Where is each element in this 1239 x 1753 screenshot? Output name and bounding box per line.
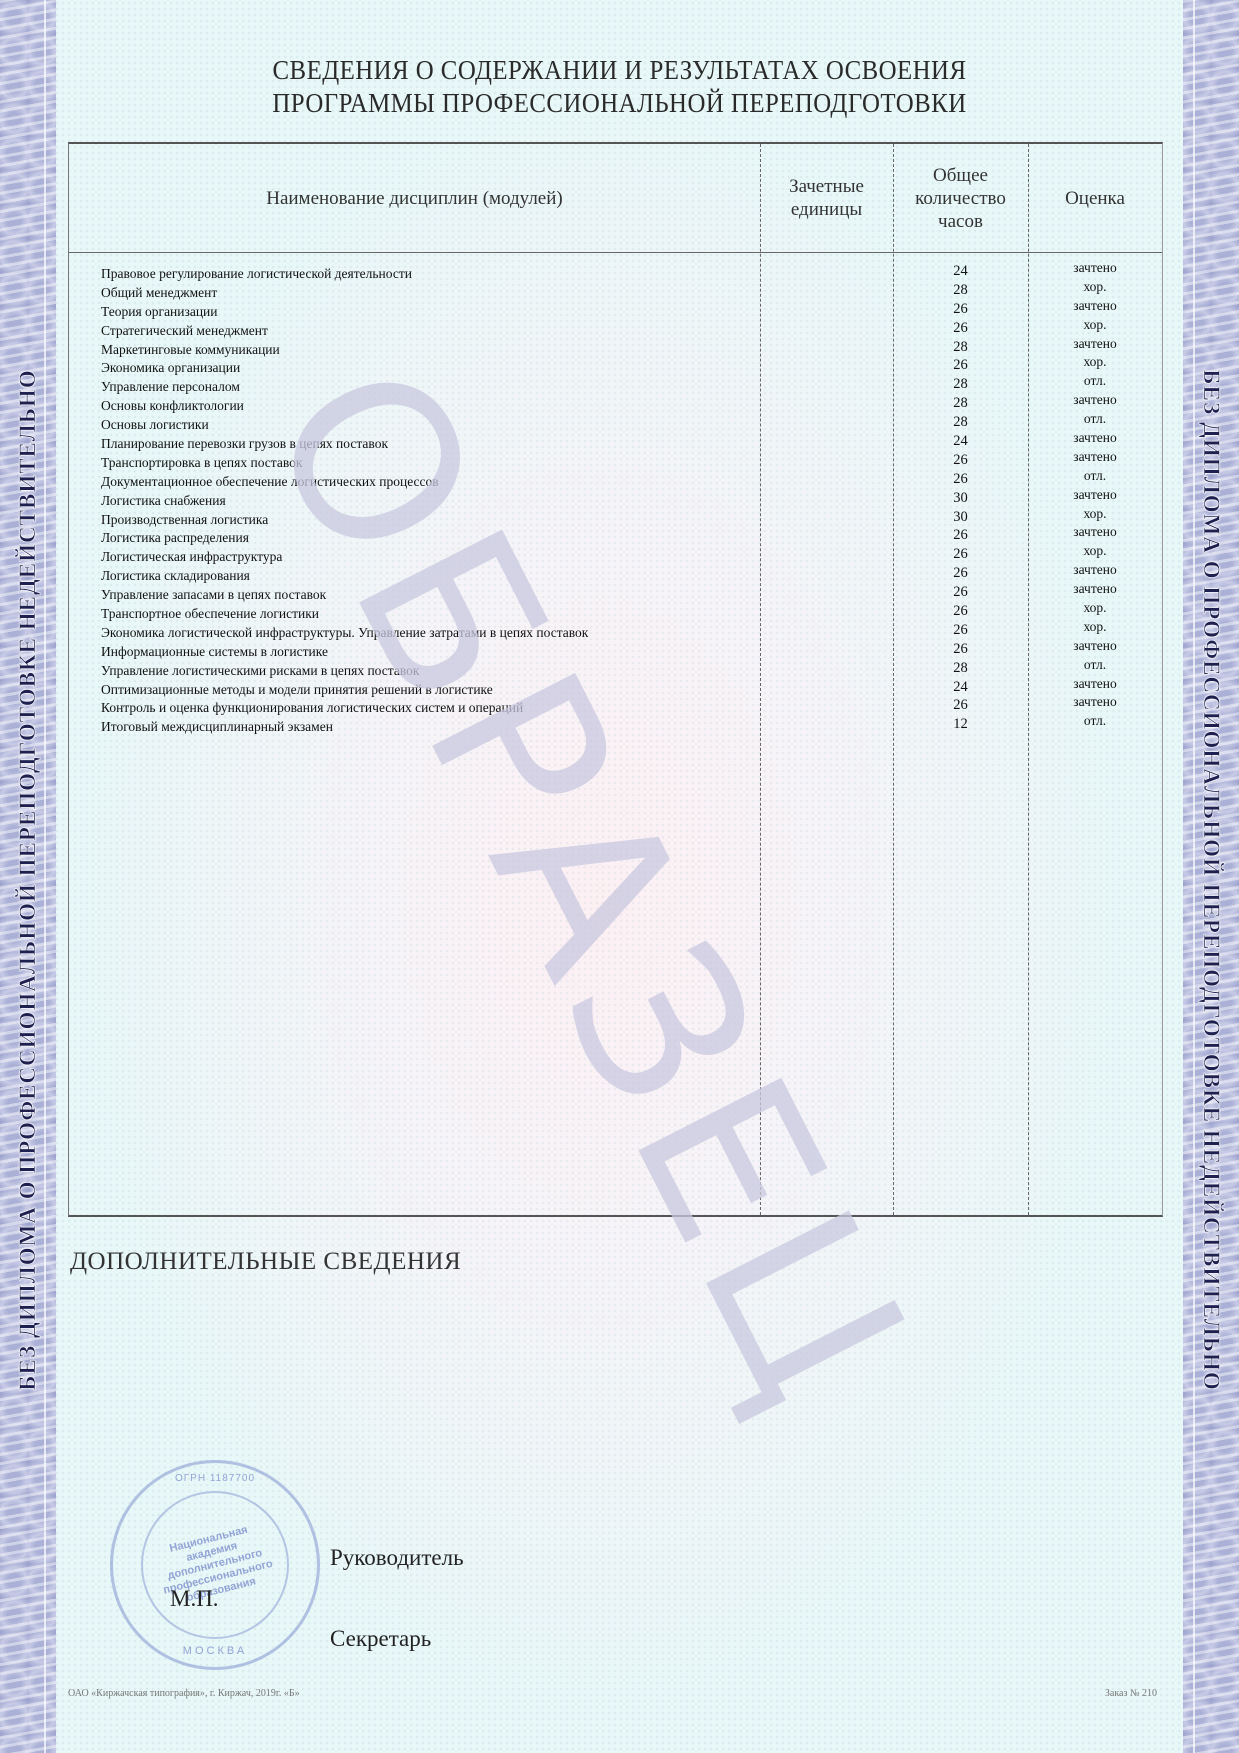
- table-row: Теория организации26зачтено: [69, 300, 1162, 319]
- header-credits-line: единицы: [789, 198, 864, 221]
- left-border-text: БЕЗ ДИПЛОМА О ПРОФЕССИОНАЛЬНОЙ ПЕРЕПОДГО…: [15, 369, 41, 1390]
- document-title: СВЕДЕНИЯ О СОДЕРЖАНИИ И РЕЗУЛЬТАТАХ ОСВО…: [50, 54, 1190, 120]
- discipline-hours: 24: [893, 678, 1028, 696]
- discipline-hours: 24: [893, 432, 1028, 450]
- discipline-hours: 26: [893, 564, 1028, 582]
- discipline-grade: зачтено: [1028, 448, 1162, 466]
- discipline-grade: зачтено: [1028, 693, 1162, 711]
- table-row: Основы конфликтологии28зачтено: [69, 394, 1162, 413]
- discipline-grade: отл.: [1028, 656, 1162, 674]
- discipline-grade: хор.: [1028, 278, 1162, 296]
- right-border-text: БЕЗ ДИПЛОМА О ПРОФЕССИОНАЛЬНОЙ ПЕРЕПОДГО…: [1198, 369, 1224, 1390]
- discipline-grade: зачтено: [1028, 580, 1162, 598]
- title-line-1: СВЕДЕНИЯ О СОДЕРЖАНИИ И РЕЗУЛЬТАТАХ ОСВО…: [50, 54, 1190, 87]
- discipline-grade: хор.: [1028, 316, 1162, 334]
- discipline-grade: отл.: [1028, 712, 1162, 730]
- discipline-hours: 26: [893, 545, 1028, 563]
- stamp-ring-text: ОГРН 1187700: [113, 1473, 317, 1484]
- discipline-hours: 26: [893, 356, 1028, 374]
- discipline-grade: хор.: [1028, 505, 1162, 523]
- discipline-grade: зачтено: [1028, 297, 1162, 315]
- table-row: Управление персоналом28отл.: [69, 375, 1162, 394]
- discipline-grade: хор.: [1028, 542, 1162, 560]
- discipline-hours: 28: [893, 413, 1028, 431]
- discipline-hours: 28: [893, 338, 1028, 356]
- table-row: Правовое регулирование логистической дея…: [69, 262, 1162, 281]
- signature-secretary: Секретарь: [330, 1626, 431, 1652]
- discipline-grade: зачтено: [1028, 335, 1162, 353]
- table-row: Экономика логистической инфраструктуры. …: [69, 621, 1162, 640]
- header-grade: Оценка: [1028, 144, 1162, 252]
- table-row: Оптимизационные методы и модели принятия…: [69, 678, 1162, 697]
- header-hours-line: часов: [915, 210, 1006, 233]
- table-row: Документационное обеспечение логистическ…: [69, 470, 1162, 489]
- table-row: Транспортировка в цепях поставок26зачтен…: [69, 451, 1162, 470]
- discipline-grade: зачтено: [1028, 486, 1162, 504]
- discipline-grade: хор.: [1028, 599, 1162, 617]
- discipline-hours: 28: [893, 394, 1028, 412]
- table-row: Управление запасами в цепях поставок26за…: [69, 583, 1162, 602]
- table-row: Транспортное обеспечение логистики26хор.: [69, 602, 1162, 621]
- header-hours-line: Общее: [915, 164, 1006, 187]
- discipline-grade: хор.: [1028, 353, 1162, 371]
- discipline-grade: отл.: [1028, 467, 1162, 485]
- header-hours: Общее количество часов: [893, 144, 1028, 252]
- discipline-hours: 26: [893, 300, 1028, 318]
- discipline-hours: 26: [893, 602, 1028, 620]
- discipline-hours: 28: [893, 281, 1028, 299]
- discipline-hours: 12: [893, 715, 1028, 733]
- table-row: Производственная логистика30хор.: [69, 508, 1162, 527]
- table-row: Общий менеджмент28хор.: [69, 281, 1162, 300]
- discipline-grade: зачтено: [1028, 675, 1162, 693]
- discipline-hours: 26: [893, 583, 1028, 601]
- table-row: Логистическая инфраструктура26хор.: [69, 545, 1162, 564]
- header-credits-line: Зачетные: [789, 175, 864, 198]
- signature-head: Руководитель: [330, 1545, 464, 1571]
- header-hours-line: количество: [915, 187, 1006, 210]
- table-row: Маркетинговые коммуникации28зачтено: [69, 338, 1162, 357]
- discipline-hours: 28: [893, 659, 1028, 677]
- table-body: Правовое регулирование логистической дея…: [69, 262, 1162, 734]
- header-credits: Зачетные единицы: [760, 144, 893, 252]
- discipline-grade: хор.: [1028, 618, 1162, 636]
- discipline-hours: 28: [893, 375, 1028, 393]
- official-stamp: ОГРН 1187700 Национальная академия допол…: [110, 1460, 320, 1670]
- discipline-hours: 26: [893, 470, 1028, 488]
- discipline-hours: 24: [893, 262, 1028, 280]
- table-row: Экономика организации26хор.: [69, 356, 1162, 375]
- discipline-hours: 30: [893, 508, 1028, 526]
- discipline-hours: 26: [893, 319, 1028, 337]
- discipline-grade: отл.: [1028, 410, 1162, 428]
- discipline-grade: зачтено: [1028, 429, 1162, 447]
- table-row: Стратегический менеджмент26хор.: [69, 319, 1162, 338]
- discipline-grade: зачтено: [1028, 561, 1162, 579]
- table-row: Информационные системы в логистике26зачт…: [69, 640, 1162, 659]
- discipline-hours: 26: [893, 696, 1028, 714]
- table-row: Планирование перевозки грузов в цепях по…: [69, 432, 1162, 451]
- table-row: Контроль и оценка функционирования логис…: [69, 696, 1162, 715]
- disciplines-table: Наименование дисциплин (модулей) Зачетны…: [68, 142, 1163, 1217]
- printer-info: ОАО «Киржачская типография», г. Киржач, …: [68, 1688, 300, 1699]
- header-discipline-name: Наименование дисциплин (модулей): [69, 144, 760, 252]
- stamp-city: МОСКВА: [113, 1645, 317, 1657]
- discipline-hours: 26: [893, 621, 1028, 639]
- discipline-grade: отл.: [1028, 372, 1162, 390]
- table-row: Логистика распределения26зачтено: [69, 526, 1162, 545]
- table-row: Логистика складирования26зачтено: [69, 564, 1162, 583]
- discipline-hours: 26: [893, 451, 1028, 469]
- table-row: Итоговый междисциплинарный экзамен12отл.: [69, 715, 1162, 734]
- discipline-grade: зачтено: [1028, 637, 1162, 655]
- table-row: Логистика снабжения30зачтено: [69, 489, 1162, 508]
- additional-info-title: ДОПОЛНИТЕЛЬНЫЕ СВЕДЕНИЯ: [70, 1248, 461, 1276]
- discipline-grade: зачтено: [1028, 523, 1162, 541]
- discipline-hours: 30: [893, 489, 1028, 507]
- header-divider: [69, 252, 1162, 253]
- table-row: Основы логистики28отл.: [69, 413, 1162, 432]
- discipline-hours: 26: [893, 526, 1028, 544]
- seal-label: М.П.: [170, 1586, 219, 1612]
- title-line-2: ПРОГРАММЫ ПРОФЕССИОНАЛЬНОЙ ПЕРЕПОДГОТОВК…: [50, 87, 1190, 120]
- table-row: Управление логистическими рисками в цепя…: [69, 659, 1162, 678]
- discipline-grade: зачтено: [1028, 391, 1162, 409]
- discipline-grade: зачтено: [1028, 259, 1162, 277]
- discipline-hours: 26: [893, 640, 1028, 658]
- order-number: Заказ № 210: [1105, 1688, 1157, 1699]
- discipline-name: Итоговый междисциплинарный экзамен: [101, 718, 333, 736]
